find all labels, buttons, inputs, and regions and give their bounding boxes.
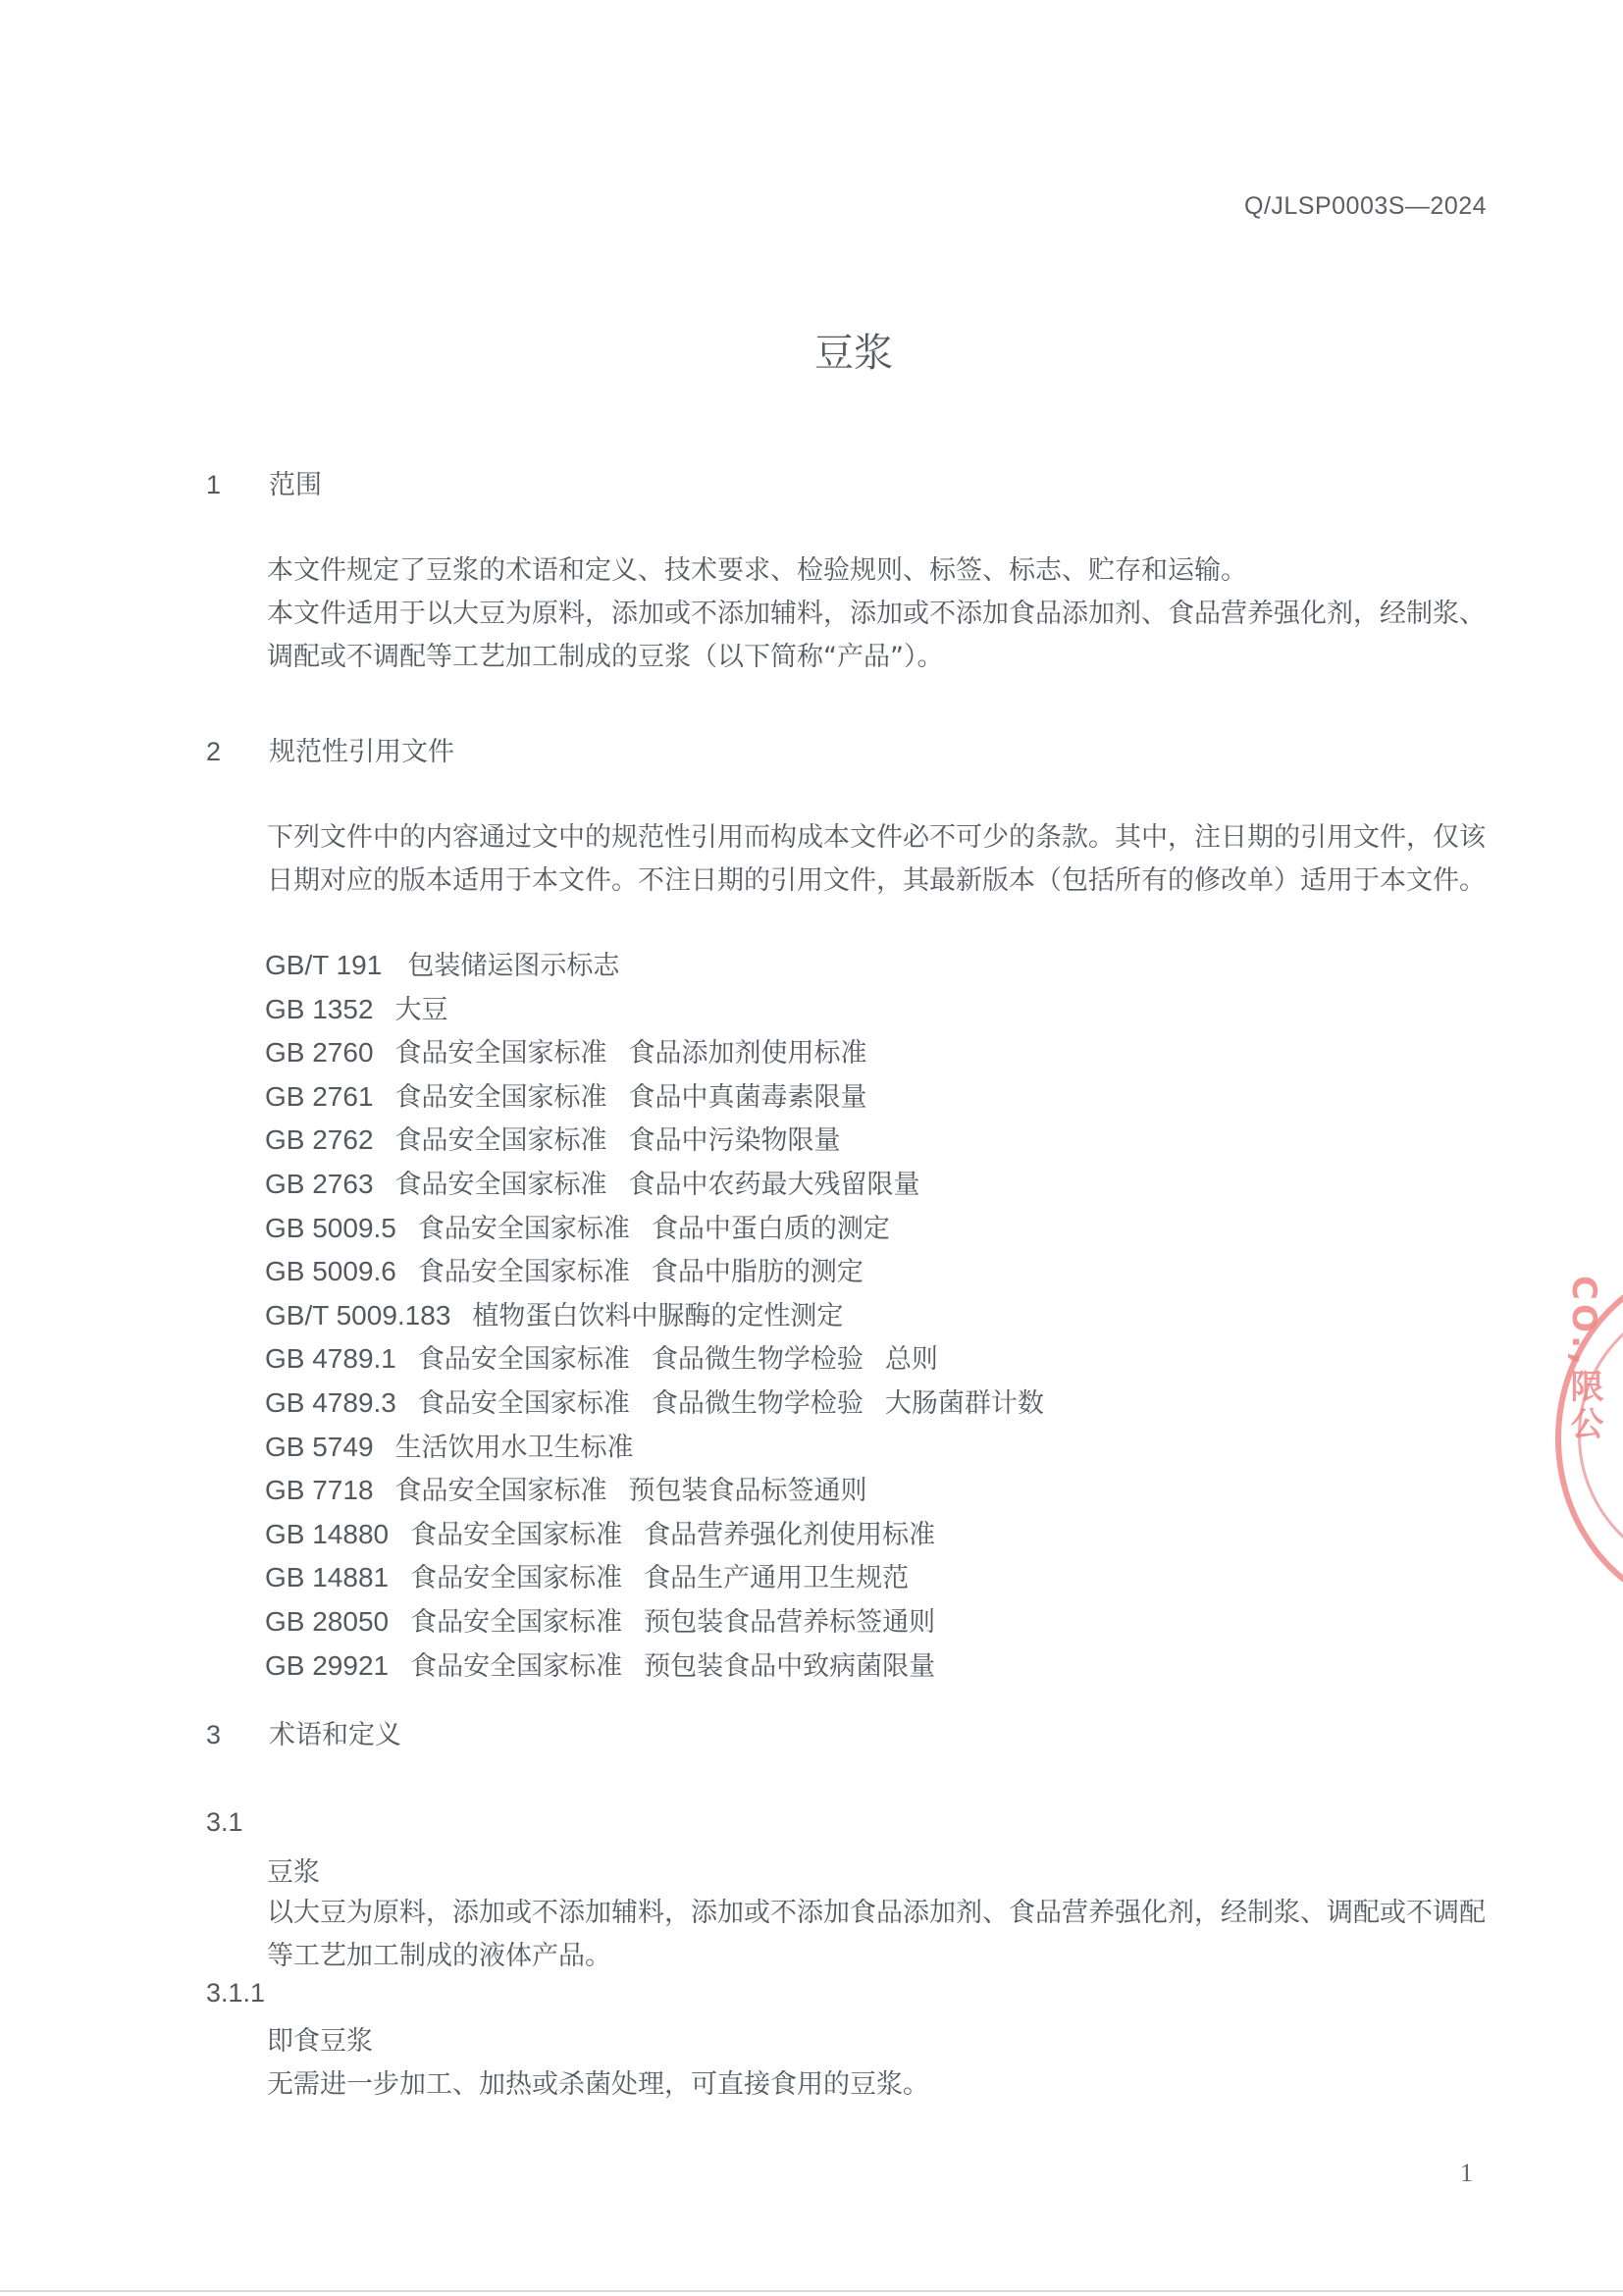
reference-item: GB 14880食品安全国家标准食品营养强化剂使用标准: [265, 1513, 1044, 1557]
reference-subtitle: 食品中蛋白质的测定: [652, 1214, 890, 1244]
reference-code: GB 2762: [265, 1124, 374, 1155]
reference-title: 大豆: [395, 995, 448, 1025]
reference-item: GB 7718食品安全国家标准预包装食品标签通则: [265, 1469, 1044, 1513]
reference-subtitle: 食品中农药最大残留限量: [629, 1170, 920, 1200]
reference-code: GB 5009.6: [265, 1256, 396, 1286]
reference-code: GB 14881: [265, 1562, 389, 1592]
term-number: 3.1: [206, 1807, 243, 1838]
page-title: 豆浆: [0, 322, 1623, 378]
reference-title: 生活饮用水卫生标准: [395, 1433, 634, 1463]
reference-code: GB 4789.1: [265, 1343, 396, 1374]
page-number: 1: [1460, 2159, 1473, 2188]
paragraph: 下列文件中的内容通过文中的规范性引用而构成本文件必不可少的条款。其中，注日期的引…: [206, 816, 1492, 903]
term-name: 即食豆浆: [267, 2019, 373, 2058]
reference-subtitle: 预包装食品中致病菌限量: [644, 1651, 935, 1682]
reference-subtitle: 食品生产通用卫生规范: [644, 1563, 909, 1593]
section-title: 规范性引用文件: [269, 737, 454, 767]
reference-item: GB/T 191包装储运图示标志: [265, 944, 1044, 988]
reference-title: 植物蛋白饮料中脲酶的定性测定: [472, 1301, 843, 1331]
reference-item: GB 2763食品安全国家标准食品中农药最大残留限量: [265, 1163, 1044, 1207]
reference-code: GB 2760: [265, 1037, 374, 1068]
reference-code: GB 2761: [265, 1081, 374, 1112]
document-number: Q/JLSP0003S—2024: [1244, 192, 1487, 221]
term-name: 豆浆: [267, 1851, 320, 1889]
reference-title: 食品安全国家标准: [395, 1038, 607, 1069]
section-1-body: 本文件规定了豆浆的术语和定义、技术要求、检验规则、标签、标志、贮存和运输。 本文…: [206, 549, 1492, 679]
reference-subtitle: 食品微生物学检验: [652, 1388, 864, 1419]
paragraph: 本文件规定了豆浆的术语和定义、技术要求、检验规则、标签、标志、贮存和运输。: [206, 549, 1492, 593]
reference-item: GB/T 5009.183植物蛋白饮料中脲酶的定性测定: [265, 1294, 1044, 1338]
term-definition: 无需进一步加工、加热或杀菌处理，可直接食用的豆浆。: [267, 2062, 929, 2101]
section-2-intro: 下列文件中的内容通过文中的规范性引用而构成本文件必不可少的条款。其中，注日期的引…: [206, 816, 1492, 903]
company-seal-text: CO.,限公: [1560, 1276, 1608, 1443]
reference-part: 总则: [885, 1344, 938, 1375]
section-heading-3: 3术语和定义: [206, 1713, 401, 1751]
reference-subtitle: 食品添加剂使用标准: [629, 1038, 867, 1069]
reference-code: GB 1352: [265, 994, 374, 1024]
reference-code: GB 14880: [265, 1519, 389, 1549]
reference-subtitle: 食品微生物学检验: [652, 1344, 864, 1375]
reference-code: GB 7718: [265, 1475, 374, 1505]
reference-item: GB 29921食品安全国家标准预包装食品中致病菌限量: [265, 1644, 1044, 1689]
section-title: 范围: [269, 470, 322, 500]
page-edge-line: [0, 2290, 1623, 2292]
reference-item: GB 5009.5食品安全国家标准食品中蛋白质的测定: [265, 1207, 1044, 1251]
section-number: 2: [206, 737, 269, 767]
reference-part: 大肠菌群计数: [885, 1388, 1044, 1419]
definition-text: 以大豆为原料，添加或不添加辅料，添加或不添加食品添加剂、食品营养强化剂，经制浆、…: [206, 1892, 1492, 1978]
reference-subtitle: 预包装食品营养标签通则: [644, 1607, 935, 1638]
term-definition: 以大豆为原料，添加或不添加辅料，添加或不添加食品添加剂、食品营养强化剂，经制浆、…: [206, 1892, 1492, 1978]
reference-title: 食品安全国家标准: [395, 1170, 607, 1200]
reference-subtitle: 食品中污染物限量: [629, 1125, 841, 1156]
reference-title: 食品安全国家标准: [395, 1082, 607, 1113]
reference-title: 食品安全国家标准: [395, 1125, 607, 1156]
reference-code: GB 4789.3: [265, 1387, 396, 1418]
reference-title: 食品安全国家标准: [418, 1344, 630, 1375]
reference-title: 食品安全国家标准: [395, 1476, 607, 1506]
reference-subtitle: 预包装食品标签通则: [629, 1476, 867, 1506]
reference-subtitle: 食品营养强化剂使用标准: [644, 1520, 935, 1550]
reference-code: GB 29921: [265, 1650, 389, 1681]
reference-item: GB 2761食品安全国家标准食品中真菌毒素限量: [265, 1075, 1044, 1120]
reference-code: GB/T 191: [265, 950, 382, 980]
reference-title: 包装储运图示标志: [407, 951, 619, 981]
reference-title: 食品安全国家标准: [410, 1563, 622, 1593]
reference-item: GB 28050食品安全国家标准预包装食品营养标签通则: [265, 1600, 1044, 1644]
paragraph: 本文件适用于以大豆为原料，添加或不添加辅料，添加或不添加食品添加剂、食品营养强化…: [206, 593, 1492, 679]
reference-title: 食品安全国家标准: [418, 1214, 630, 1244]
section-title: 术语和定义: [269, 1720, 401, 1750]
reference-title: 食品安全国家标准: [418, 1257, 630, 1287]
reference-item: GB 2760食品安全国家标准食品添加剂使用标准: [265, 1031, 1044, 1075]
reference-item: GB 4789.1食品安全国家标准食品微生物学检验总则: [265, 1337, 1044, 1382]
reference-list: GB/T 191包装储运图示标志 GB 1352大豆 GB 2760食品安全国家…: [265, 944, 1044, 1688]
reference-item: GB 5749生活饮用水卫生标准: [265, 1426, 1044, 1470]
reference-title: 食品安全国家标准: [410, 1520, 622, 1550]
reference-code: GB 28050: [265, 1606, 389, 1637]
reference-item: GB 4789.3食品安全国家标准食品微生物学检验大肠菌群计数: [265, 1382, 1044, 1426]
reference-code: GB 5749: [265, 1432, 374, 1462]
reference-code: GB/T 5009.183: [265, 1300, 450, 1331]
section-number: 3: [206, 1720, 269, 1750]
reference-item: GB 14881食品安全国家标准食品生产通用卫生规范: [265, 1556, 1044, 1600]
reference-subtitle: 食品中真菌毒素限量: [629, 1082, 867, 1113]
section-heading-2: 2规范性引用文件: [206, 730, 454, 768]
term-number: 3.1.1: [206, 1978, 265, 2009]
section-heading-1: 1范围: [206, 463, 322, 501]
reference-code: GB 2763: [265, 1169, 374, 1199]
section-number: 1: [206, 470, 269, 500]
reference-title: 食品安全国家标准: [410, 1651, 622, 1682]
reference-item: GB 2762食品安全国家标准食品中污染物限量: [265, 1119, 1044, 1163]
reference-item: GB 5009.6食品安全国家标准食品中脂肪的测定: [265, 1250, 1044, 1294]
reference-subtitle: 食品中脂肪的测定: [652, 1257, 864, 1287]
reference-title: 食品安全国家标准: [418, 1388, 630, 1419]
reference-code: GB 5009.5: [265, 1213, 396, 1243]
reference-item: GB 1352大豆: [265, 988, 1044, 1032]
reference-title: 食品安全国家标准: [410, 1607, 622, 1638]
